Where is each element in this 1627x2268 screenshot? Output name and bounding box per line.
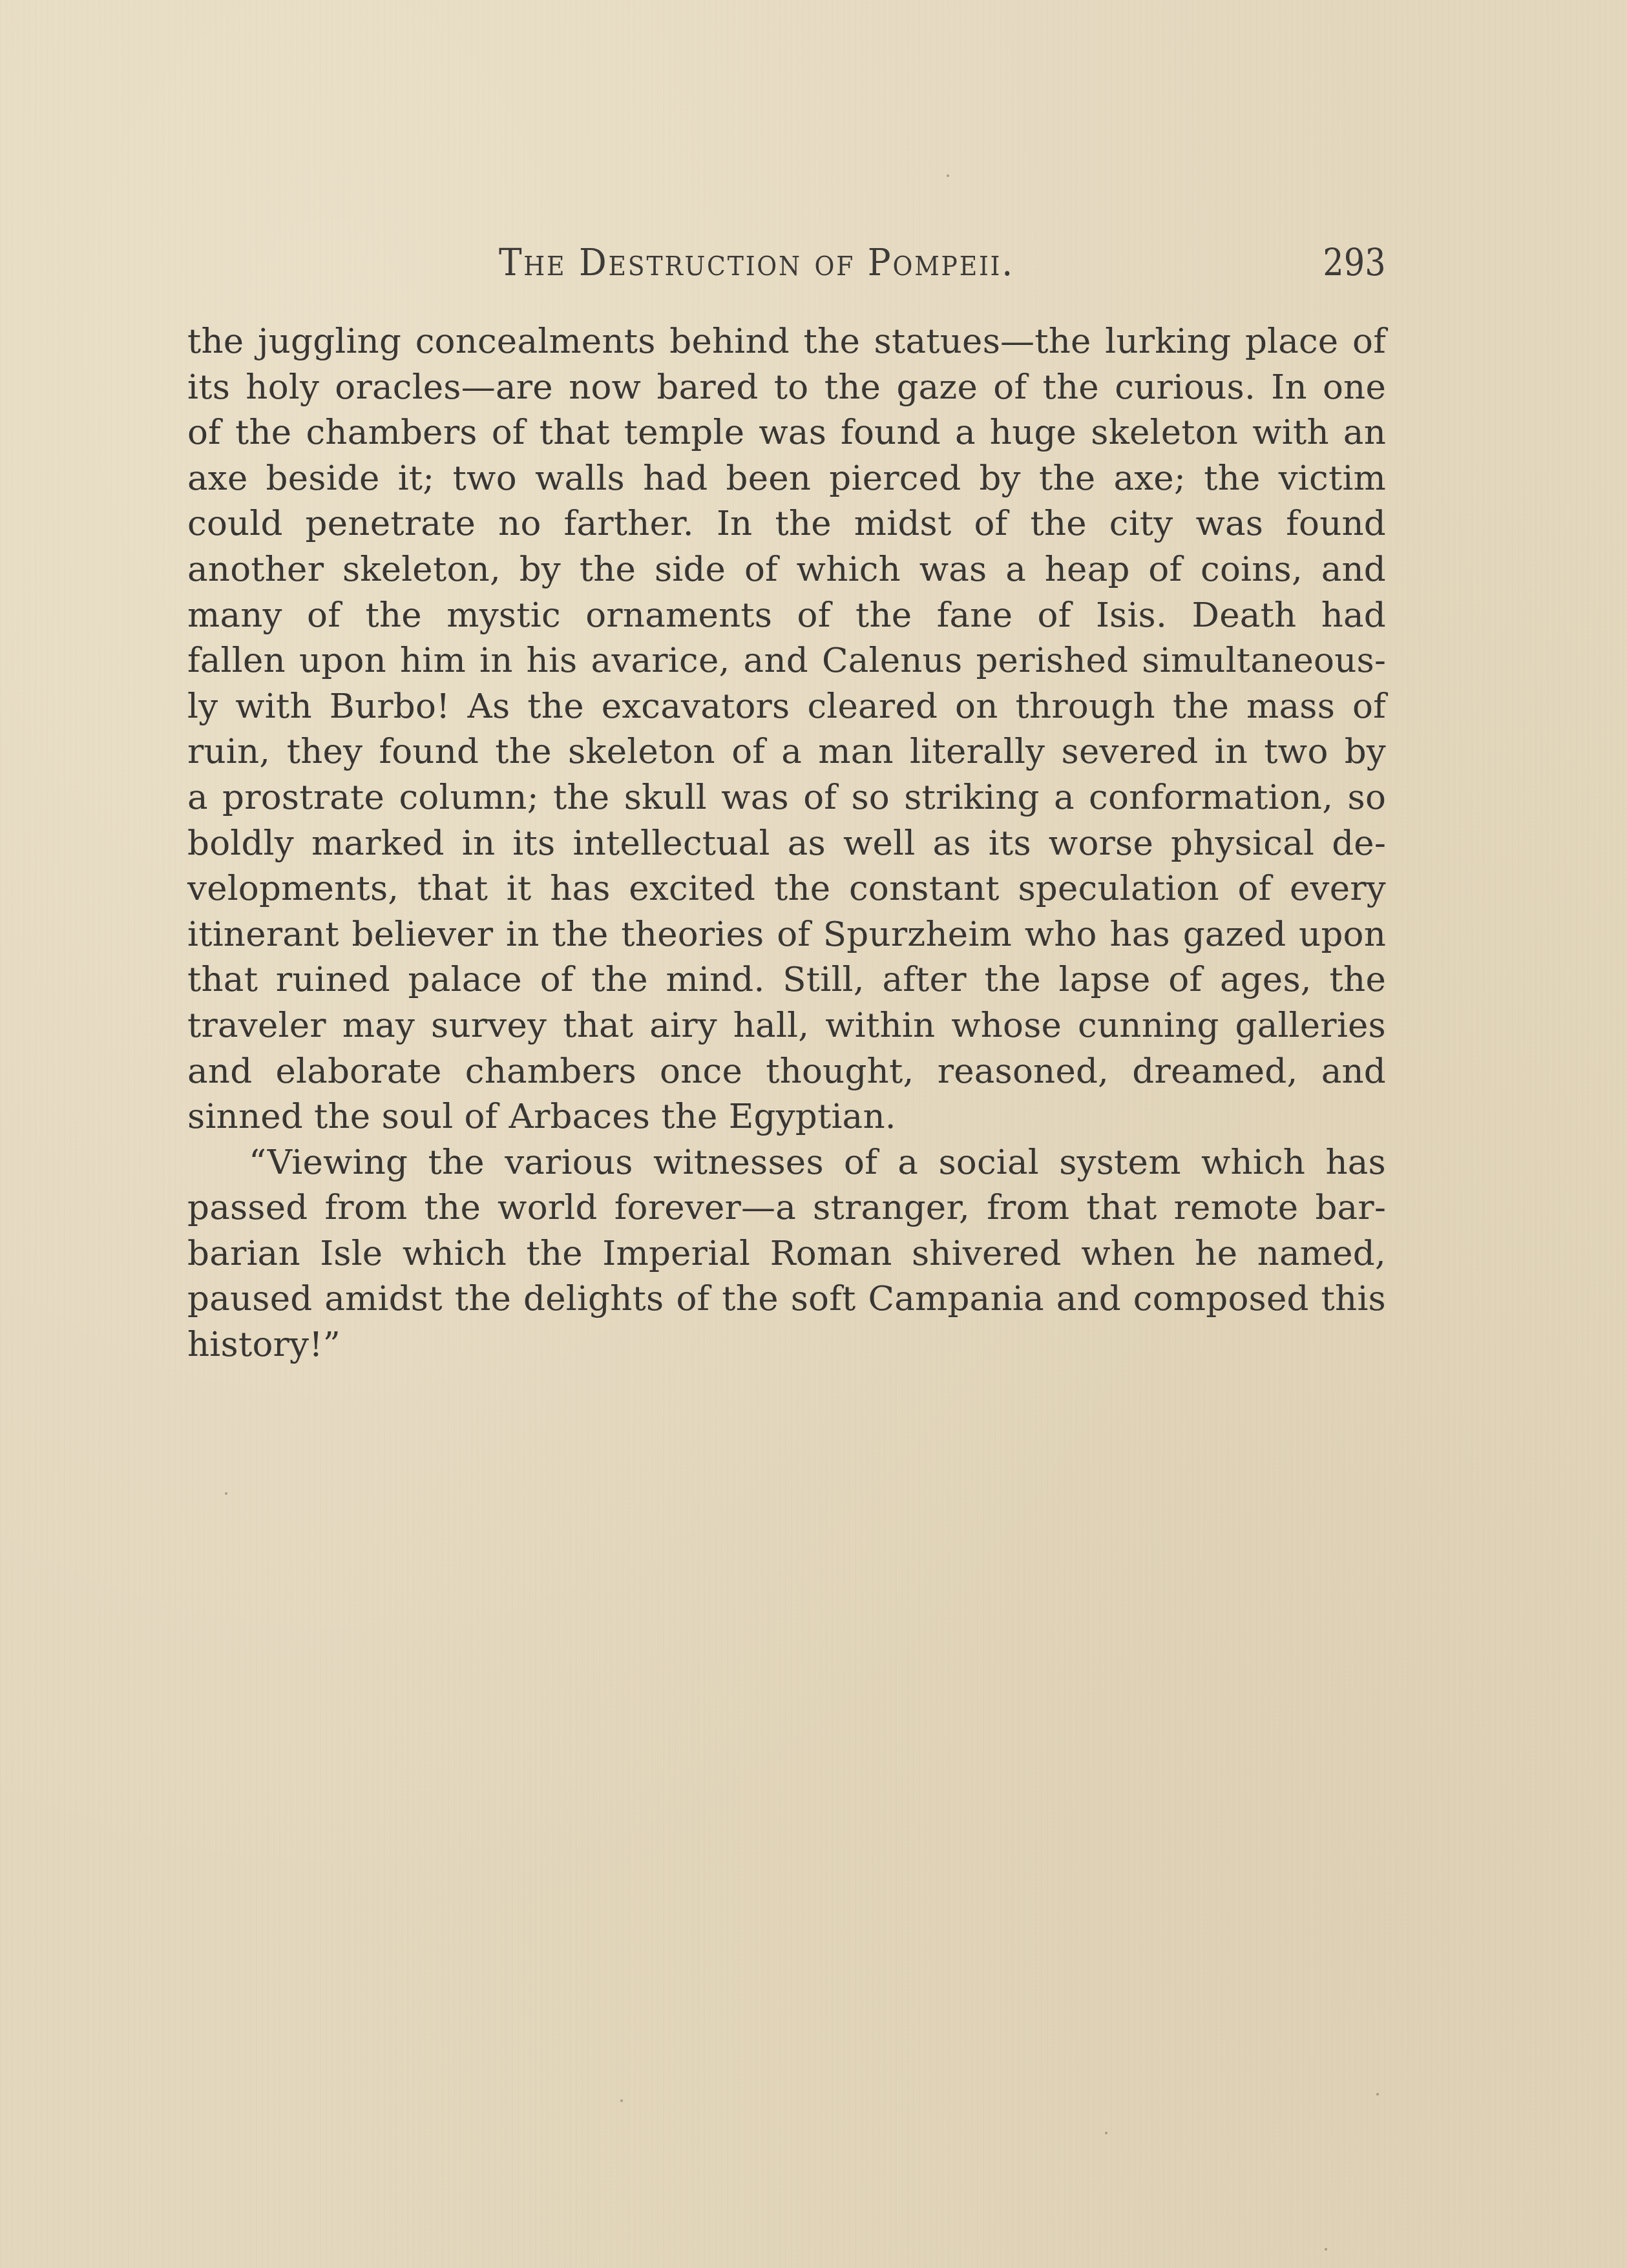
text-line: ly with Burbo! As the excavators cleared…: [187, 684, 1386, 730]
text-line: and elaborate chambers once thought, rea…: [187, 1049, 1386, 1095]
text-line: “Viewing the various witnesses of a soci…: [187, 1140, 1386, 1186]
page-number: 293: [1323, 240, 1386, 284]
paper-speck: [225, 1492, 227, 1495]
paper-speck: [1376, 2093, 1379, 2096]
running-title: The Destruction of Pompeii.: [499, 240, 1014, 284]
paper-speck: [620, 2099, 623, 2102]
paper-speck: [1325, 2248, 1327, 2251]
text-line: paused amidst the delights of the soft C…: [187, 1276, 1386, 1322]
running-head: The Destruction of Pompeii. 293: [187, 240, 1386, 298]
text-line: sinned the soul of Arbaces the Egyptian.: [187, 1094, 1386, 1140]
paragraph-1: the juggling concealments behind the sta…: [187, 319, 1386, 1140]
paragraph-2: “Viewing the various witnesses of a soci…: [187, 1140, 1386, 1368]
paper-speck: [947, 174, 949, 177]
text-line: traveler may survey that airy hall, with…: [187, 1003, 1386, 1049]
text-line: axe beside it; two walls had been pierce…: [187, 456, 1386, 502]
text-line: ruin, they found the skeleton of a man l…: [187, 729, 1386, 775]
book-page: The Destruction of Pompeii. 293 the jugg…: [187, 240, 1386, 298]
text-line: a prostrate column; the skull was of so …: [187, 775, 1386, 821]
text-line: velopments, that it has excited the cons…: [187, 866, 1386, 912]
text-line: that ruined palace of the mind. Still, a…: [187, 957, 1386, 1003]
text-line: itinerant believer in the theories of Sp…: [187, 912, 1386, 958]
text-line: the juggling concealments behind the sta…: [187, 319, 1386, 365]
text-line: of the chambers of that temple was found…: [187, 410, 1386, 456]
text-line: history!”: [187, 1322, 1386, 1368]
paper-speck: [1105, 2132, 1107, 2134]
text-line: fallen upon him in his avarice, and Cale…: [187, 638, 1386, 684]
text-line: many of the mystic ornaments of the fane…: [187, 593, 1386, 639]
text-line: its holy oracles—are now bared to the ga…: [187, 365, 1386, 411]
body-text: the juggling concealments behind the sta…: [187, 319, 1386, 1368]
text-line: could penetrate no farther. In the midst…: [187, 501, 1386, 547]
text-line: passed from the world forever—a stranger…: [187, 1185, 1386, 1231]
text-line: another skeleton, by the side of which w…: [187, 547, 1386, 593]
text-line: boldly marked in its intellectual as wel…: [187, 821, 1386, 867]
text-line: barian Isle which the Imperial Roman shi…: [187, 1231, 1386, 1277]
